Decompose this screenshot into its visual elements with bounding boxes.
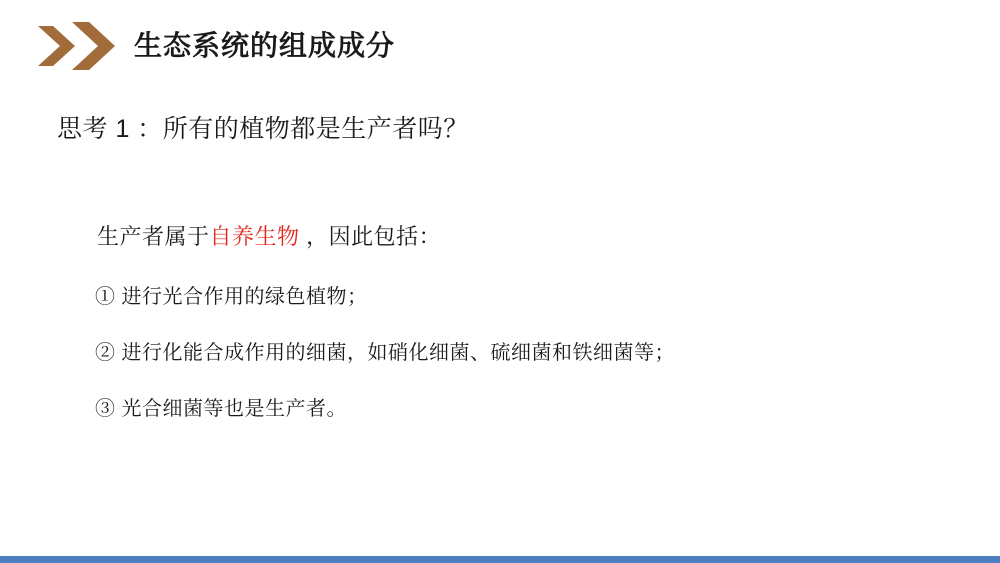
list-item-photosynthetic-bacteria: ③ 光合细菌等也是生产者。 — [95, 392, 347, 421]
slide-header: 生态系统的组成成分 — [38, 22, 395, 70]
intro-line: 生产者属于自养生物 ，因此包括： — [97, 220, 441, 251]
intro-suffix-text: ，因此包括： — [300, 224, 442, 249]
list-item-chemosynthetic-bacteria: ② 进行化能合成作用的细菌，如硝化细菌、硫细菌和铁细菌等； — [95, 336, 675, 365]
intro-prefix-text: 生产者属于 — [97, 224, 210, 249]
presentation-slide: 生态系统的组成成分 思考 1 ：所有的植物都是生产者吗？ 生产者属于自养生物 ，… — [0, 0, 1000, 563]
footer-accent-bar — [0, 556, 1000, 563]
list-item-green-plants: ① 进行光合作用的绿色植物； — [95, 280, 368, 309]
double-chevron-right-icon — [38, 22, 118, 70]
highlight-autotroph-text: 自养生物 — [210, 224, 300, 249]
question-text: 思考 1 ：所有的植物都是生产者吗？ — [57, 114, 469, 145]
slide-title: 生态系统的组成成分 — [134, 29, 395, 63]
